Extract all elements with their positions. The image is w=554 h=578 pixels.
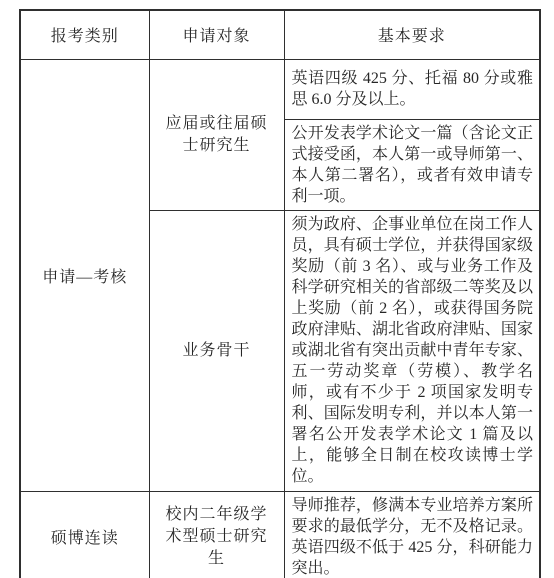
header-row: 报考类别 申请对象 基本要求 (20, 10, 540, 59)
applicant-business-backbone: 业务骨干 (149, 210, 284, 491)
requirement-published-paper-or-patent: 公开发表学术论文一篇（含论文正式接受函，本人第一或导师第一、本人第二署名），或者… (284, 119, 540, 210)
table-row: 申请—考核 应届或往届硕士研究生 英语四级 425 分、托福 80 分或雅思 6… (20, 59, 540, 119)
col-header-basic-requirements: 基本要求 (284, 10, 540, 59)
admission-requirements-table: 报考类别 申请对象 基本要求 申请—考核 应届或往届硕士研究生 英语四级 425… (19, 9, 541, 578)
applicant-fresh-or-previous-masters: 应届或往届硕士研究生 (149, 59, 284, 210)
category-successive-masters-phd: 硕博连读 (20, 491, 149, 578)
document-page: 报考类别 申请对象 基本要求 申请—考核 应届或往届硕士研究生 英语四级 425… (0, 0, 554, 578)
col-header-applicant-type: 申请对象 (149, 10, 284, 59)
applicant-second-year-academic-masters: 校内二年级学术型硕士研究生 (149, 491, 284, 578)
requirement-successive-program: 导师推荐，修满本专业培养方案所要求的最低学分，无不及格记录。英语四级不低于 42… (284, 491, 540, 578)
table-row: 硕博连读 校内二年级学术型硕士研究生 导师推荐，修满本专业培养方案所要求的最低学… (20, 491, 540, 578)
requirement-business-backbone-details: 须为政府、企事业单位在岗工作人员，具有硕士学位，并获得国家级奖励（前 3 名）、… (284, 210, 540, 491)
category-application-assessment: 申请—考核 (20, 59, 149, 491)
requirement-english-scores: 英语四级 425 分、托福 80 分或雅思 6.0 分及以上。 (284, 59, 540, 119)
col-header-application-category: 报考类别 (20, 10, 149, 59)
